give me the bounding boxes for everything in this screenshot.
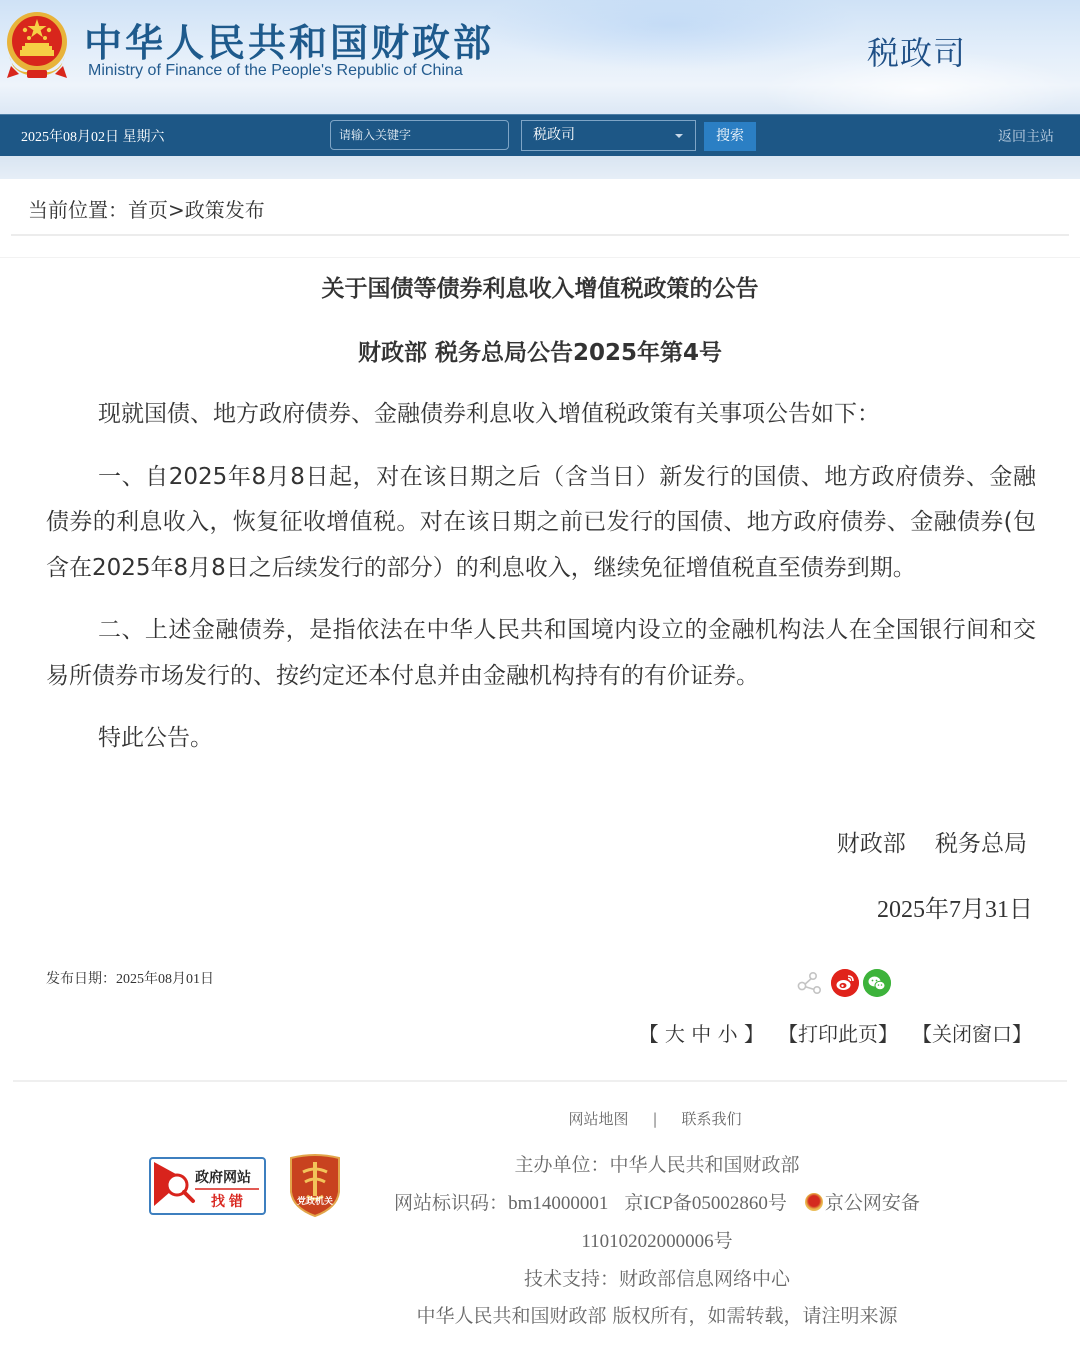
publish-date: 发布日期：2025年08月01日 [46, 968, 214, 988]
footer-registration-line: 网站标识码：bm14000001京ICP备05002860号京公网安备 [0, 1188, 1080, 1215]
site-id: bm14000001 [508, 1193, 608, 1214]
article-paragraph: 二、上述金融债券，是指依法在中华人民共和国境内设立的金融机构法人在全国银行间和交… [46, 608, 1036, 699]
footer-links: 网站地图|联系我们 [0, 1108, 1080, 1129]
article-paragraph: 现就国债、地方政府债券、金融债券利息收入增值税政策有关事项公告如下： [46, 392, 1036, 438]
police-badge-icon [805, 1193, 823, 1211]
national-emblem-icon [3, 10, 71, 82]
department-select[interactable]: 税政司 [521, 120, 696, 151]
current-date: 2025年08月02日 星期六 [21, 126, 165, 146]
police-record-label[interactable]: 京公网安备 [825, 1192, 920, 1214]
breadcrumb: 当前位置：首页>政策发布 [28, 194, 265, 223]
department-name: 税政司 [867, 28, 966, 74]
back-to-main-site-link[interactable]: 返回主站 [998, 126, 1054, 146]
department-select-value: 税政司 [533, 127, 575, 143]
close-window-button[interactable]: 【关闭窗口】 [912, 1022, 1032, 1046]
article-sign-date: 2025年7月31日 [877, 889, 1033, 924]
footer-tech-support: 技术支持：财政部信息网络中心 [0, 1264, 1080, 1291]
article-body: 现就国债、地方政府债券、金融债券利息收入增值税政策有关事项公告如下： 一、自20… [46, 392, 1036, 779]
link-separator: | [652, 1110, 657, 1128]
page-tools: 【 大 中 小 】【打印此页】【关闭窗口】 [639, 1018, 1032, 1047]
article-signature: 财政部 税务总局 [837, 825, 1027, 858]
share-icon[interactable] [796, 970, 822, 996]
footer-sponsor: 主办单位：中华人民共和国财政部 [0, 1150, 1080, 1177]
article-paragraph: 一、自2025年8月8日起，对在该日期之后（含当日）新发行的国债、地方政府债券、… [46, 455, 1036, 592]
nav-bar: 2025年08月02日 星期六 税政司 搜索 返回主站 [0, 114, 1080, 156]
site-title-en: Ministry of Finance of the People's Repu… [88, 62, 463, 80]
icp-link[interactable]: 京ICP备05002860号 [624, 1193, 787, 1214]
search-button[interactable]: 搜索 [704, 122, 756, 151]
site-banner: 中华人民共和国财政部 Ministry of Finance of the Pe… [0, 0, 1080, 114]
breadcrumb-separator: > [168, 198, 185, 222]
divider [11, 234, 1069, 236]
wechat-icon[interactable] [863, 969, 891, 997]
breadcrumb-home[interactable]: 首页 [128, 198, 168, 222]
site-id-label: 网站标识码： [394, 1192, 508, 1214]
site-title-cn: 中华人民共和国财政部 [84, 12, 494, 67]
breadcrumb-policy-release[interactable]: 政策发布 [185, 198, 265, 222]
print-page-button[interactable]: 【打印此页】 [778, 1022, 898, 1046]
contact-us-link[interactable]: 联系我们 [682, 1110, 742, 1128]
search-input[interactable] [330, 120, 509, 150]
divider [13, 1080, 1067, 1082]
article-subtitle: 财政部 税务总局公告2025年第4号 [0, 334, 1080, 367]
nav-under-strip [0, 156, 1080, 179]
sitemap-link[interactable]: 网站地图 [568, 1110, 628, 1128]
article-title: 关于国债等债券利息收入增值税政策的公告 [0, 270, 1080, 303]
banner-cloud [480, 0, 860, 70]
chevron-down-icon [675, 134, 683, 138]
police-record-number[interactable]: 11010202000006号 [0, 1226, 1080, 1253]
breadcrumb-label: 当前位置： [28, 198, 128, 222]
article-paragraph: 特此公告。 [46, 716, 1036, 762]
divider [0, 257, 1080, 258]
weibo-icon[interactable] [831, 969, 859, 997]
footer-copyright: 中华人民共和国财政部 版权所有，如需转载，请注明来源 [0, 1301, 1080, 1328]
font-size-toggle[interactable]: 【 大 中 小 】 [639, 1022, 764, 1046]
